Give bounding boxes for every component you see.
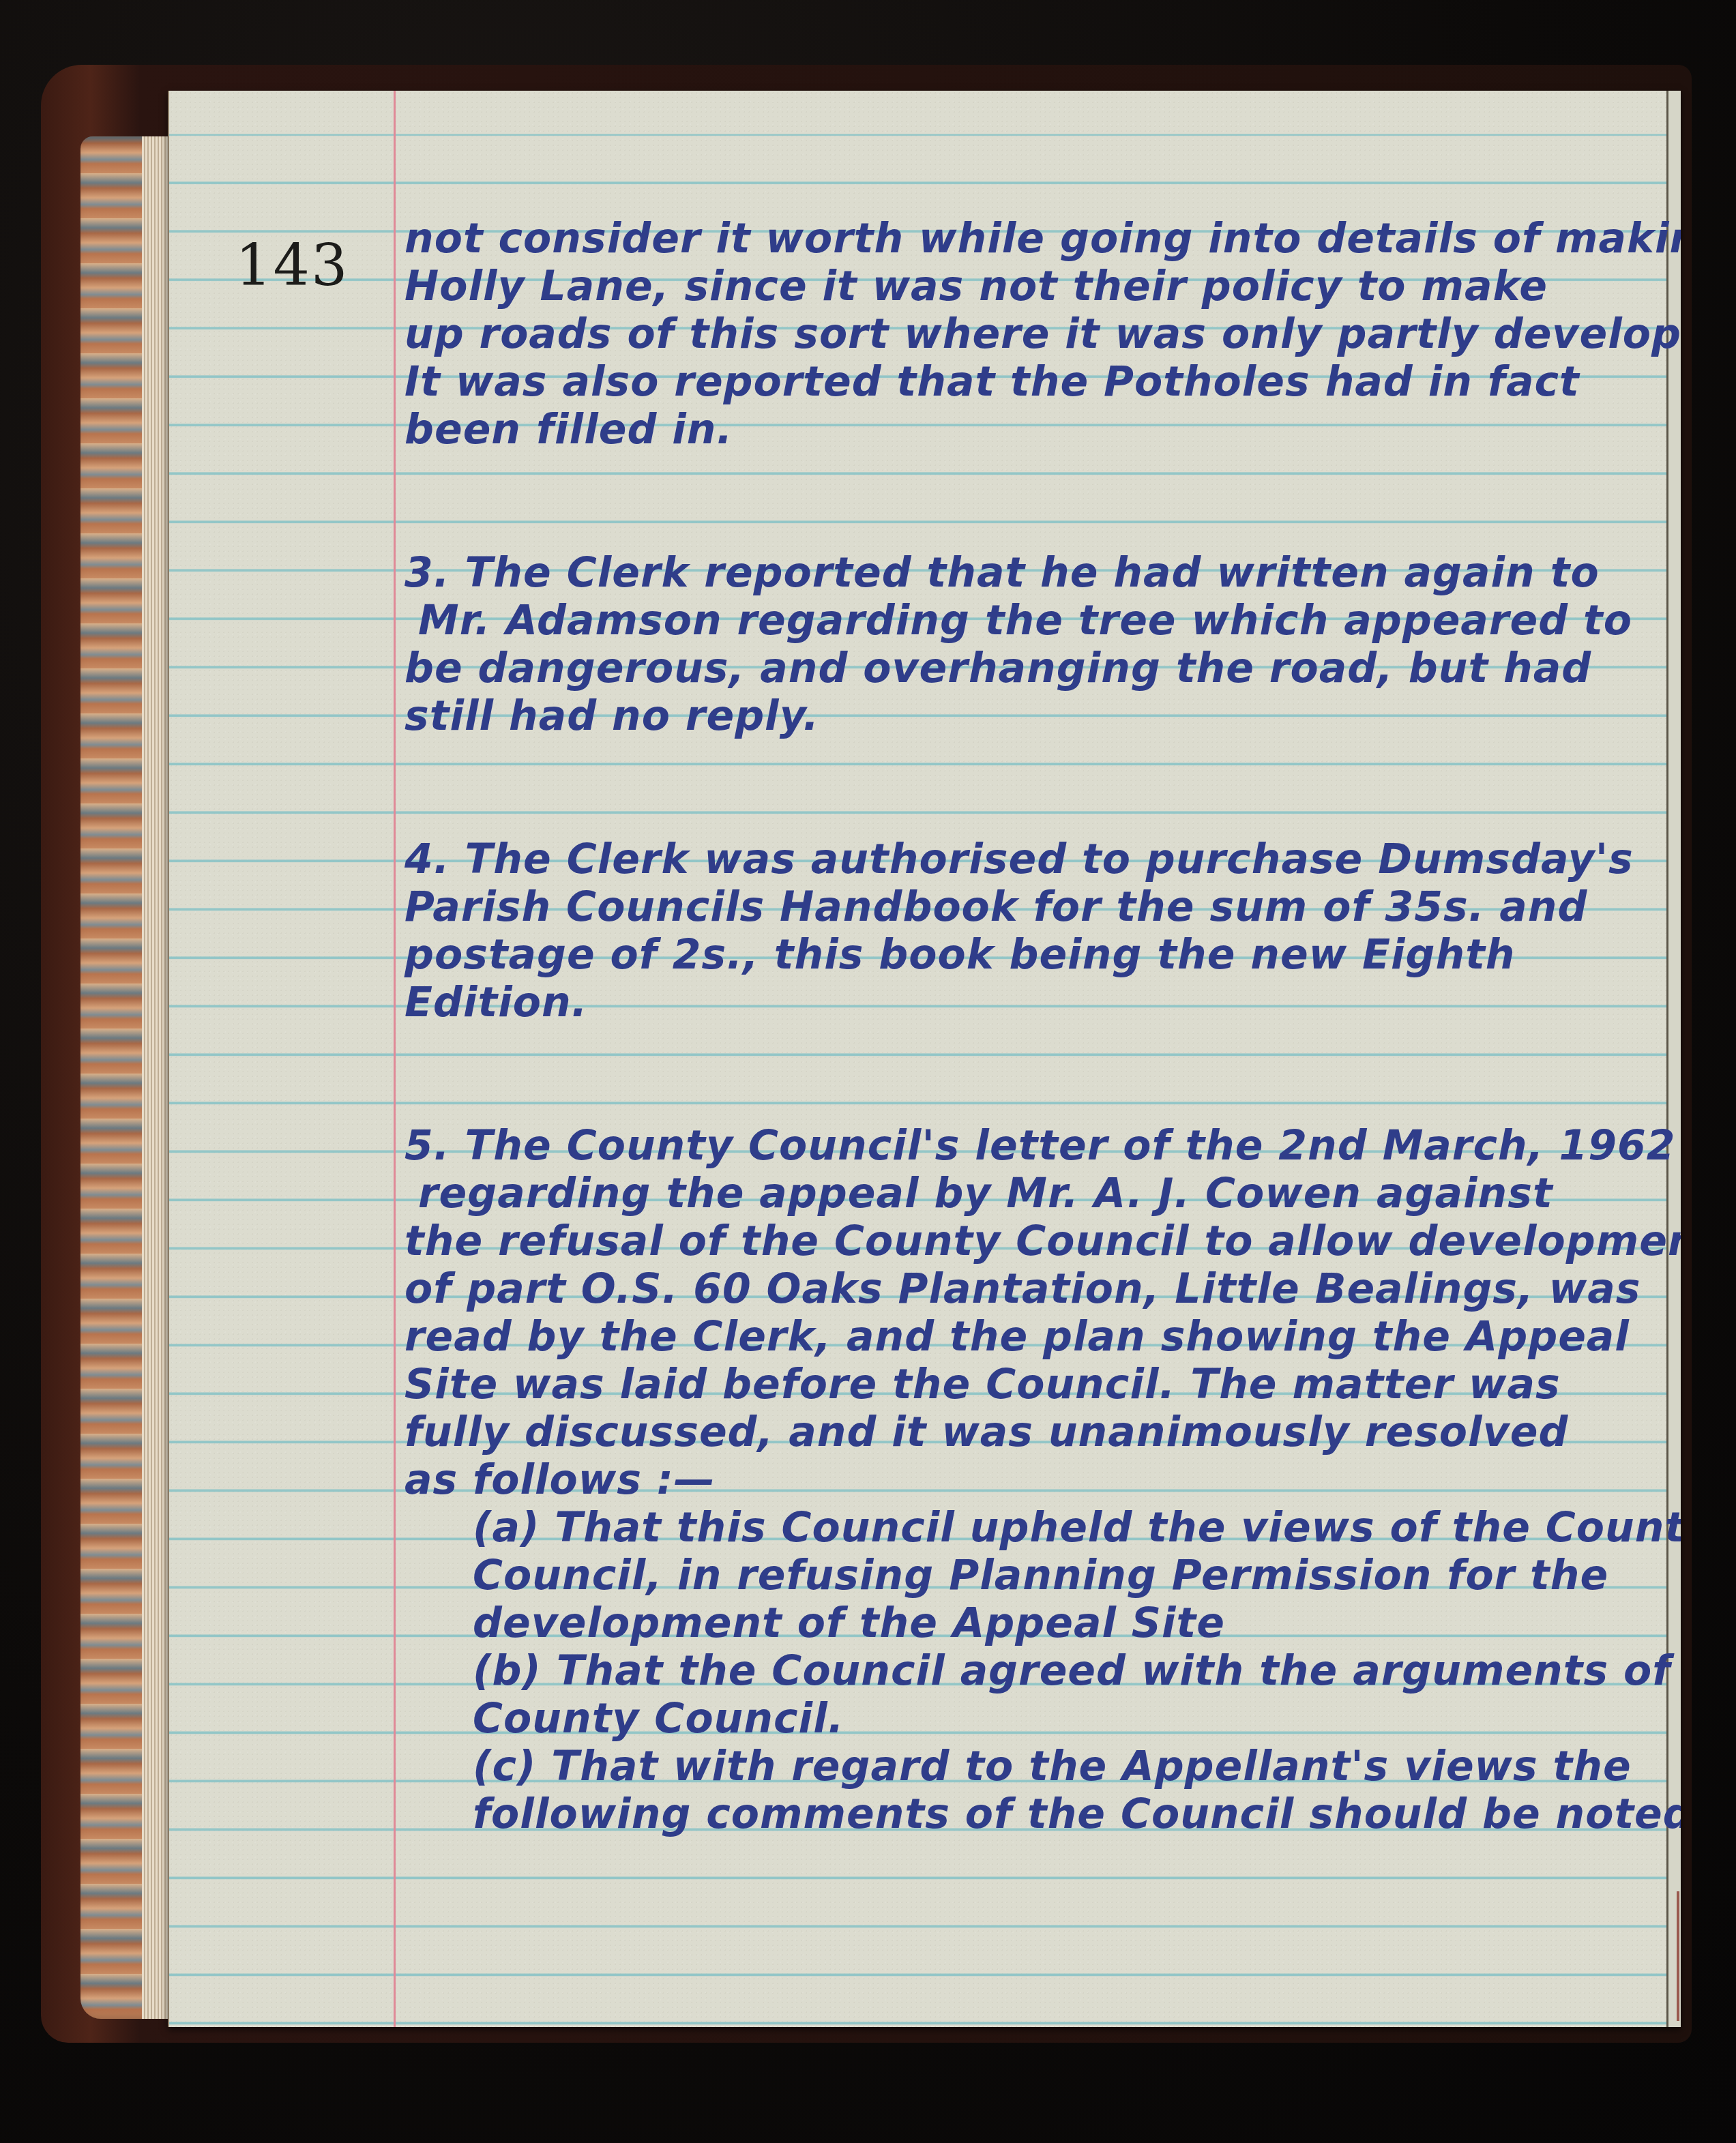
item-5-line: regarding the appeal by Mr. A. J. Cowen … [418,1170,1553,1217]
resolution-a-line: development of the Appeal Site [404,1599,1225,1647]
resolution-b-line: (b) That the Council agreed with the arg… [404,1647,1681,1695]
item-5-line: 5. The County Council's letter of the 2n… [404,1122,1675,1170]
page-number: 143 [235,232,349,299]
item-5-line: as follows :— [404,1456,716,1504]
text-line: not consider it worth while going into d… [404,215,1681,263]
text-line: been filled in. [404,406,733,454]
item-4-line: 4. The Clerk was authorised to purchase … [404,836,1634,883]
text-line: up roads of this sort where it was only … [404,310,1681,358]
ledger-page: 143 not consider it worth while going in… [168,91,1681,2027]
red-margin-line [394,91,396,2027]
item-5-line: the refusal of the County Council to all… [404,1217,1681,1265]
item-5-line: of part O.S. 60 Oaks Plantation, Little … [404,1265,1641,1313]
text-line: It was also reported that the Potholes h… [404,358,1580,406]
marbled-page-edges [80,136,169,2019]
item-3-line: Mr. Adamson regarding the tree which app… [418,597,1632,645]
item-3-line: 3. The Clerk reported that he had writte… [404,549,1600,597]
resolution-c-line: following comments of the Council should… [404,1790,1681,1838]
item-5-line: fully discussed, and it was unanimously … [404,1408,1568,1456]
resolution-a-line: Council, in refusing Planning Permission… [404,1552,1608,1599]
item-4-line: Edition. [404,979,587,1026]
item-5-line: Site was laid before the Council. The ma… [404,1361,1561,1408]
facing-page-edge [1668,91,1681,2027]
item-4-line: Parish Councils Handbook for the sum of … [404,883,1588,931]
item-5-line: read by the Clerk, and the plan showing … [404,1313,1630,1361]
item-3-line: still had no reply. [404,692,819,740]
item-3-line: be dangerous, and overhanging the road, … [404,645,1591,692]
resolution-b-line: County Council. [404,1695,844,1743]
item-4-line: postage of 2s., this book being the new … [404,931,1516,979]
red-ink-mark [1677,1891,1679,2021]
resolution-c-line: (c) That with regard to the Appellant's … [404,1743,1632,1790]
text-line: Holly Lane, since it was not their polic… [404,263,1548,310]
resolution-a-line: (a) That this Council upheld the views o… [404,1504,1681,1552]
